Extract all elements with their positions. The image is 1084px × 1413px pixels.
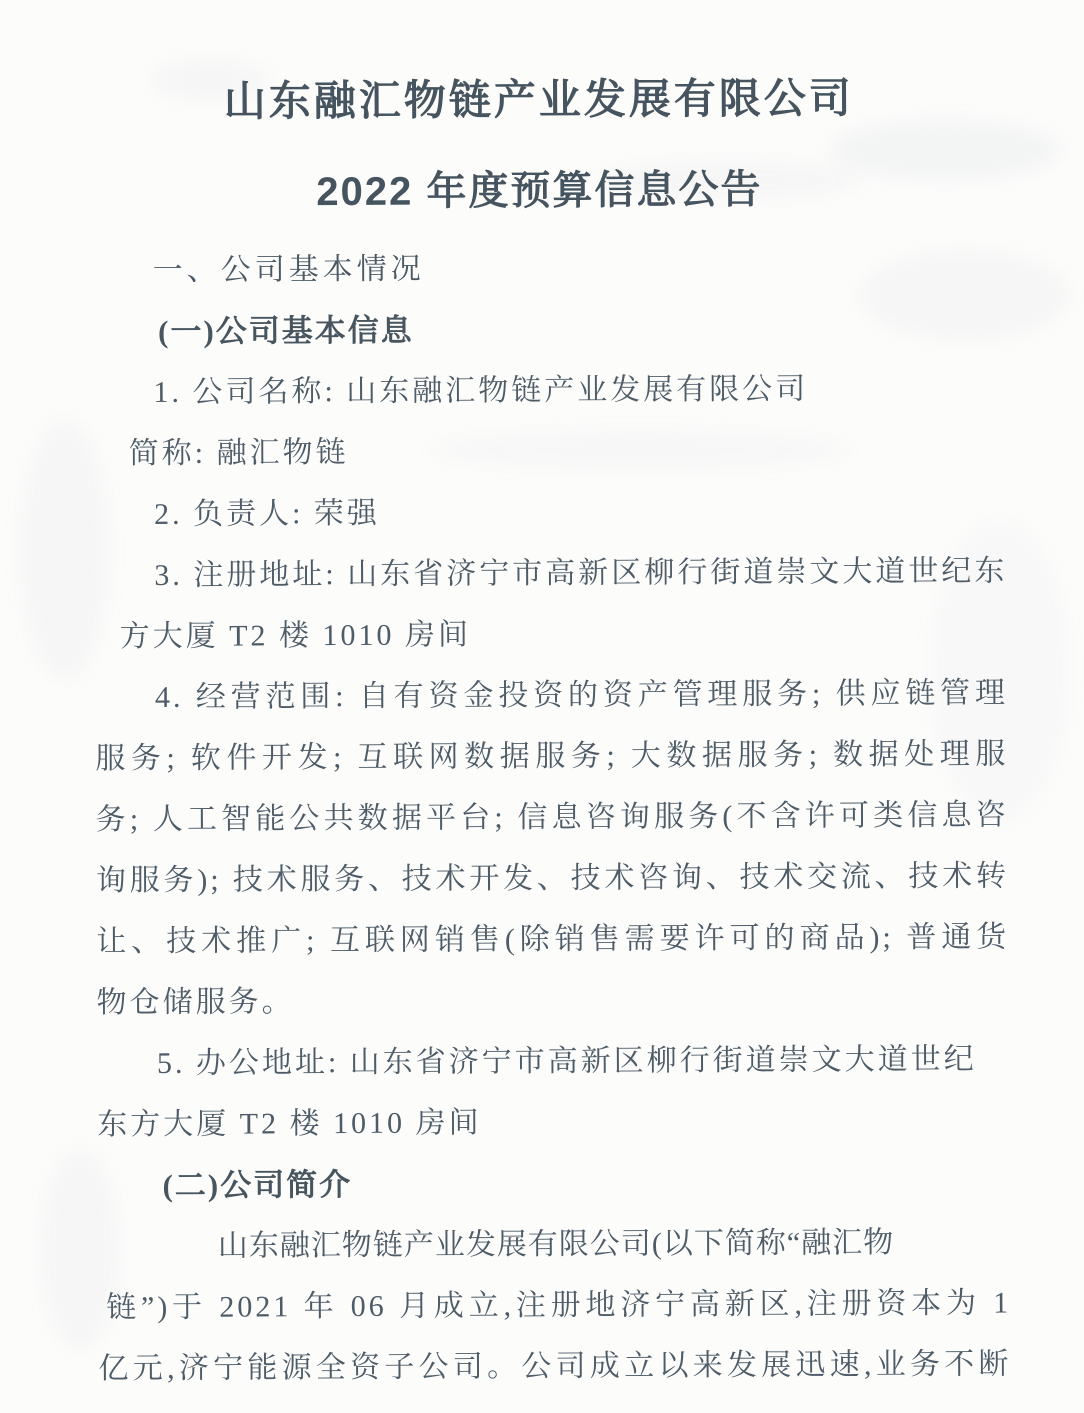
text-line: 询服务); 技术服务、技术开发、技术咨询、技术交流、技术转	[96, 846, 1009, 912]
text-line: (一)公司基本信息	[158, 297, 1006, 362]
text-line: 亿元,济宁能源全资子公司。公司成立以来发展迅速,业务不断	[98, 1334, 1011, 1400]
scanned-document-page: 山东融汇物链产业发展有限公司 2022 年度预算信息公告 一、公司基本情况(一)…	[0, 0, 1084, 1413]
text-line: 简称: 融汇物链	[129, 419, 1007, 485]
text-line: 东方大厦 T2 楼 1010 房间	[97, 1090, 1010, 1156]
text-line: 方大厦 T2 楼 1010 房间	[120, 602, 1008, 668]
text-line: 2. 负责人: 荣强	[154, 480, 1007, 545]
document-body: 一、公司基本情况(一)公司基本信息1. 公司名称: 山东融汇物链产业发展有限公司…	[93, 236, 1012, 1400]
text-line: 务; 人工智能公共数据平台; 信息咨询服务(不含许可类信息咨	[95, 785, 1008, 851]
text-line: (二)公司简介	[162, 1151, 1010, 1216]
text-line: 一、公司基本情况	[153, 236, 1006, 301]
text-line: 让、技术推广; 互联网销售(除销售需要许可的商品); 普通货	[96, 907, 1009, 973]
text-line: 物仓储服务。	[96, 968, 1009, 1034]
text-line: 山东融汇物链产业发展有限公司(以下简称“融汇物	[218, 1212, 1011, 1277]
text-line: 1. 公司名称: 山东融汇物链产业发展有限公司	[153, 358, 1006, 423]
text-line: 服务; 软件开发; 互联网数据服务; 大数据服务; 数据处理服	[95, 724, 1008, 790]
text-line: 3. 注册地址: 山东省济宁市高新区柳行街道崇文大道世纪东	[154, 541, 1007, 606]
text-line: 链”)于 2021 年 06 月成立,注册地济宁高新区,注册资本为 1	[106, 1273, 1011, 1339]
text-line: 4. 经营范围: 自有资金投资的资产管理服务; 供应链管理	[155, 663, 1008, 728]
document-title-company-name: 山东融汇物链产业发展有限公司	[0, 0, 1081, 129]
text-line: 5. 办公地址: 山东省济宁市高新区柳行街道崇文大道世纪	[157, 1029, 1010, 1094]
document-content: 山东融汇物链产业发展有限公司 2022 年度预算信息公告 一、公司基本情况(一)…	[0, 0, 1084, 1400]
document-title-announcement: 2022 年度预算信息公告	[0, 163, 1081, 219]
